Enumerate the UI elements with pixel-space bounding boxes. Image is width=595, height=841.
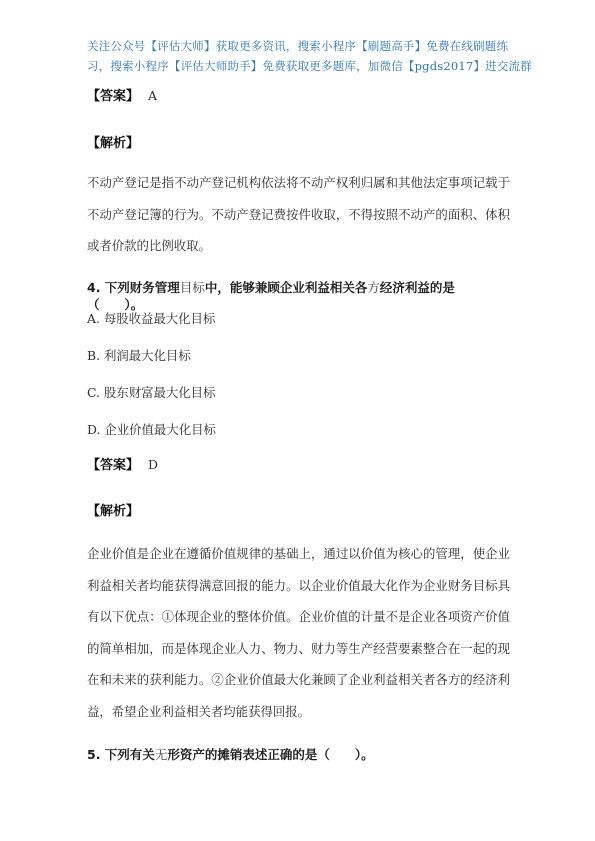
question-4: 4. 下列财务管理目标中，能够兼顾企业利益相关各方经济利益的是（ ）。 xyxy=(87,279,510,313)
question-5: 5. 下列有关无形资产的摊销表述正确的是（ ）。 xyxy=(87,746,510,763)
question-text-segment: 中，能够兼顾企业利益相关各 xyxy=(205,280,368,295)
analysis-text-q4: 企业价值是企业在遵循价值规律的基础上，通过以价值为核心的管理，使企业利益相关者均… xyxy=(87,538,510,727)
question-text-segment: 方 xyxy=(367,280,380,295)
answer-label: 【答案】 xyxy=(87,89,139,104)
promo-header-line-1: 关注公众号【评估大师】获取更多资讯，搜索小程序【刷题高手】免费在线刷题练 xyxy=(87,36,510,56)
answer-line-q3: 【答案】A xyxy=(87,88,510,105)
document-page: 关注公众号【评估大师】获取更多资讯，搜索小程序【刷题高手】免费在线刷题练 习，搜… xyxy=(0,0,595,841)
answer-value: A xyxy=(148,88,157,103)
analysis-text-q3: 不动产登记是指不动产登记机构依法将不动产权利归属和其他法定事项记载于不动产登记簿… xyxy=(87,167,510,262)
analysis-label-q4: 【解析】 xyxy=(87,504,510,520)
option-b: B. 利润最大化目标 xyxy=(87,348,510,364)
promo-header: 关注公众号【评估大师】获取更多资讯，搜索小程序【刷题高手】免费在线刷题练 习，搜… xyxy=(87,36,510,76)
analysis-label-q3: 【解析】 xyxy=(87,136,510,152)
option-a: A. 每股收益最大化目标 xyxy=(87,311,510,327)
answer-label: 【答案】 xyxy=(87,458,139,473)
answer-value: D xyxy=(148,457,158,472)
question-text-segment: 5. 下列有关 xyxy=(87,747,155,762)
question-text-segment: 无 xyxy=(155,747,168,762)
option-c: C. 股东财富最大化目标 xyxy=(87,385,510,401)
analysis-label: 【解析】 xyxy=(87,136,139,151)
question-text-segment: 形资产的摊销表述正确的是（ ）。 xyxy=(167,747,373,762)
promo-header-line-2: 习，搜索小程序【评估大师助手】免费获取更多题库，加微信【pgds2017】进交流… xyxy=(87,56,510,76)
question-text-segment: 4. 下列财务管理 xyxy=(87,280,180,295)
option-d: D. 企业价值最大化目标 xyxy=(87,422,510,438)
answer-line-q4: 【答案】D xyxy=(87,457,510,474)
question-text-segment: 目标 xyxy=(180,280,205,295)
analysis-label: 【解析】 xyxy=(87,504,139,519)
question-4-options: A. 每股收益最大化目标 B. 利润最大化目标 C. 股东财富最大化目标 D. … xyxy=(87,311,510,459)
